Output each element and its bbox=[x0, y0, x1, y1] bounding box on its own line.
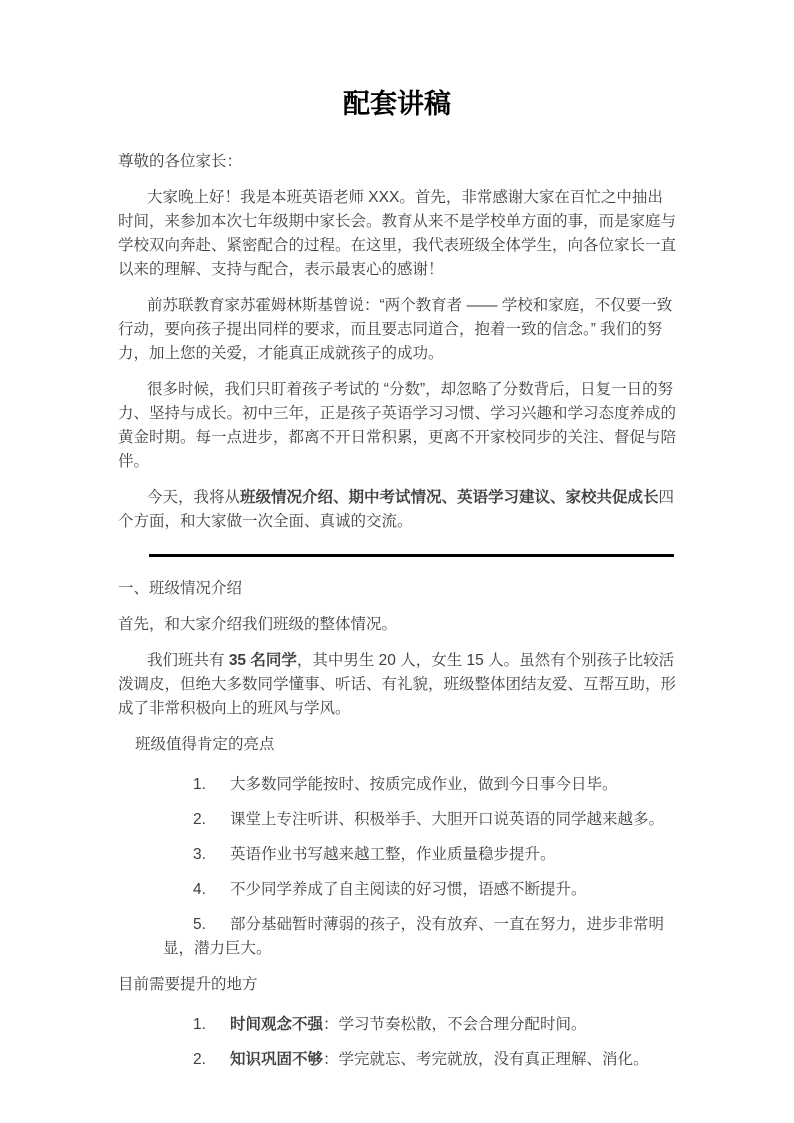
agenda-topics-bold: 班级情况介绍、期中考试情况、英语学习建议、家校共促成长 bbox=[240, 489, 659, 506]
highlight-item: 1.大多数同学能按时、按质完成作业，做到今日事今日毕。 bbox=[118, 773, 676, 797]
greeting-line: 尊敬的各位家长： bbox=[118, 150, 676, 174]
section1-heading: 一、班级情况介绍 bbox=[118, 577, 676, 601]
overview-prefix: 我们班共有 bbox=[147, 652, 229, 669]
agenda-prefix: 今天，我将从 bbox=[147, 489, 240, 506]
student-count-bold: 35 名同学 bbox=[229, 652, 297, 669]
improvements-heading: 目前需要提升的地方 bbox=[118, 973, 676, 997]
list-item-text: 英语作业书写越来越工整，作业质量稳步提升。 bbox=[230, 846, 556, 863]
highlight-item: 2.课堂上专注听讲、积极举手、大胆开口说英语的同学越来越多。 bbox=[118, 808, 676, 832]
page-title: 配套讲稿 bbox=[118, 88, 676, 120]
highlights-heading: 班级值得肯定的亮点 bbox=[118, 733, 676, 757]
list-item-text: 大多数同学能按时、按质完成作业，做到今日事今日毕。 bbox=[230, 776, 618, 793]
list-item-number: 4. bbox=[163, 878, 230, 902]
list-item-text: 课堂上专注听讲、积极举手、大胆开口说英语的同学越来越多。 bbox=[230, 811, 664, 828]
improvement-term-bold: 时间观念不强 bbox=[230, 1016, 323, 1033]
document-page: 配套讲稿 尊敬的各位家长： 大家晚上好！我是本班英语老师 XXX。首先，非常感谢… bbox=[0, 0, 794, 1123]
list-item-number: 5. bbox=[163, 913, 230, 937]
intro-paragraph-1: 大家晚上好！我是本班英语老师 XXX。首先，非常感谢大家在百忙之中抽出时间，来参… bbox=[118, 186, 676, 282]
improvements-list: 1.时间观念不强：学习节奏松散，不会合理分配时间。 2.知识巩固不够：学完就忘、… bbox=[118, 1013, 676, 1072]
improvement-item: 1.时间观念不强：学习节奏松散，不会合理分配时间。 bbox=[118, 1013, 676, 1037]
list-item-number: 2. bbox=[163, 1048, 230, 1072]
highlight-item: 4.不少同学养成了自主阅读的好习惯，语感不断提升。 bbox=[118, 878, 676, 902]
list-item-number: 2. bbox=[163, 808, 230, 832]
list-item-text: 不少同学养成了自主阅读的好习惯，语感不断提升。 bbox=[230, 881, 587, 898]
improvement-item: 2.知识巩固不够：学完就忘、考完就放，没有真正理解、消化。 bbox=[118, 1048, 676, 1072]
section1-lead: 首先，和大家介绍我们班级的整体情况。 bbox=[118, 613, 676, 637]
scores-paragraph: 很多时候，我们只盯着孩子考试的 “分数”，却忽略了分数背后，日复一日的努力、坚持… bbox=[118, 378, 676, 474]
improvement-term-bold: 知识巩固不够 bbox=[230, 1051, 323, 1068]
list-item-number: 1. bbox=[163, 1013, 230, 1037]
highlights-list: 1.大多数同学能按时、按质完成作业，做到今日事今日毕。 2.课堂上专注听讲、积极… bbox=[118, 773, 676, 961]
list-item-number: 1. bbox=[163, 773, 230, 797]
list-item-text: ：学完就忘、考完就放，没有真正理解、消化。 bbox=[323, 1051, 649, 1068]
agenda-paragraph: 今天，我将从班级情况介绍、期中考试情况、英语学习建议、家校共促成长四个方面，和大… bbox=[118, 486, 676, 534]
list-item-text: 部分基础暂时薄弱的孩子，没有放弃、一直在努力，进步非常明显，潜力巨大。 bbox=[163, 916, 664, 957]
list-item-text: ：学习节奏松散，不会合理分配时间。 bbox=[323, 1016, 587, 1033]
highlight-item: 3.英语作业书写越来越工整，作业质量稳步提升。 bbox=[118, 843, 676, 867]
quote-paragraph: 前苏联教育家苏霍姆林斯基曾说：“两个教育者 —— 学校和家庭，不仅要一致行动，要… bbox=[118, 294, 676, 366]
section-divider-rule bbox=[149, 554, 674, 557]
highlight-item: 5.部分基础暂时薄弱的孩子，没有放弃、一直在努力，进步非常明显，潜力巨大。 bbox=[118, 913, 676, 961]
list-item-number: 3. bbox=[163, 843, 230, 867]
class-overview-paragraph: 我们班共有 35 名同学，其中男生 20 人，女生 15 人。虽然有个别孩子比较… bbox=[118, 649, 676, 721]
